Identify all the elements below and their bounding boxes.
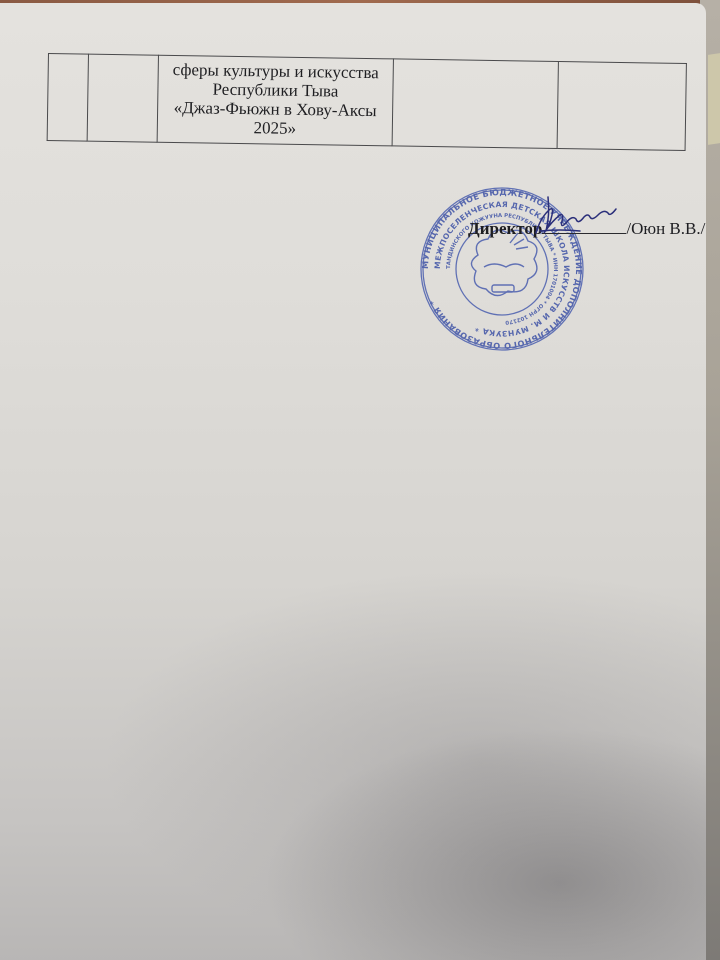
table-row: сферы культуры и искусства Республики Ты… [47,54,686,151]
event-line: сферы культуры и искусства [159,60,393,83]
cell-date [87,54,158,142]
handwritten-signature-icon [530,193,620,243]
event-line: «Джаз-Фьюжн в Хову-Аксы [158,98,392,121]
cell-notes [557,62,686,151]
cell-number [47,54,88,142]
paper-tab [708,53,720,145]
photo-scene: сферы культуры и искусства Республики Ты… [0,0,720,960]
signatory-name: /Оюн В.В./ [626,219,705,238]
event-line: 2025» [158,117,392,140]
cell-result [392,59,558,149]
cell-event-name: сферы культуры и искусства Республики Ты… [157,55,393,146]
document-page: сферы культуры и искусства Республики Ты… [0,3,706,960]
document-table: сферы культуры и искусства Республики Ты… [47,53,687,151]
